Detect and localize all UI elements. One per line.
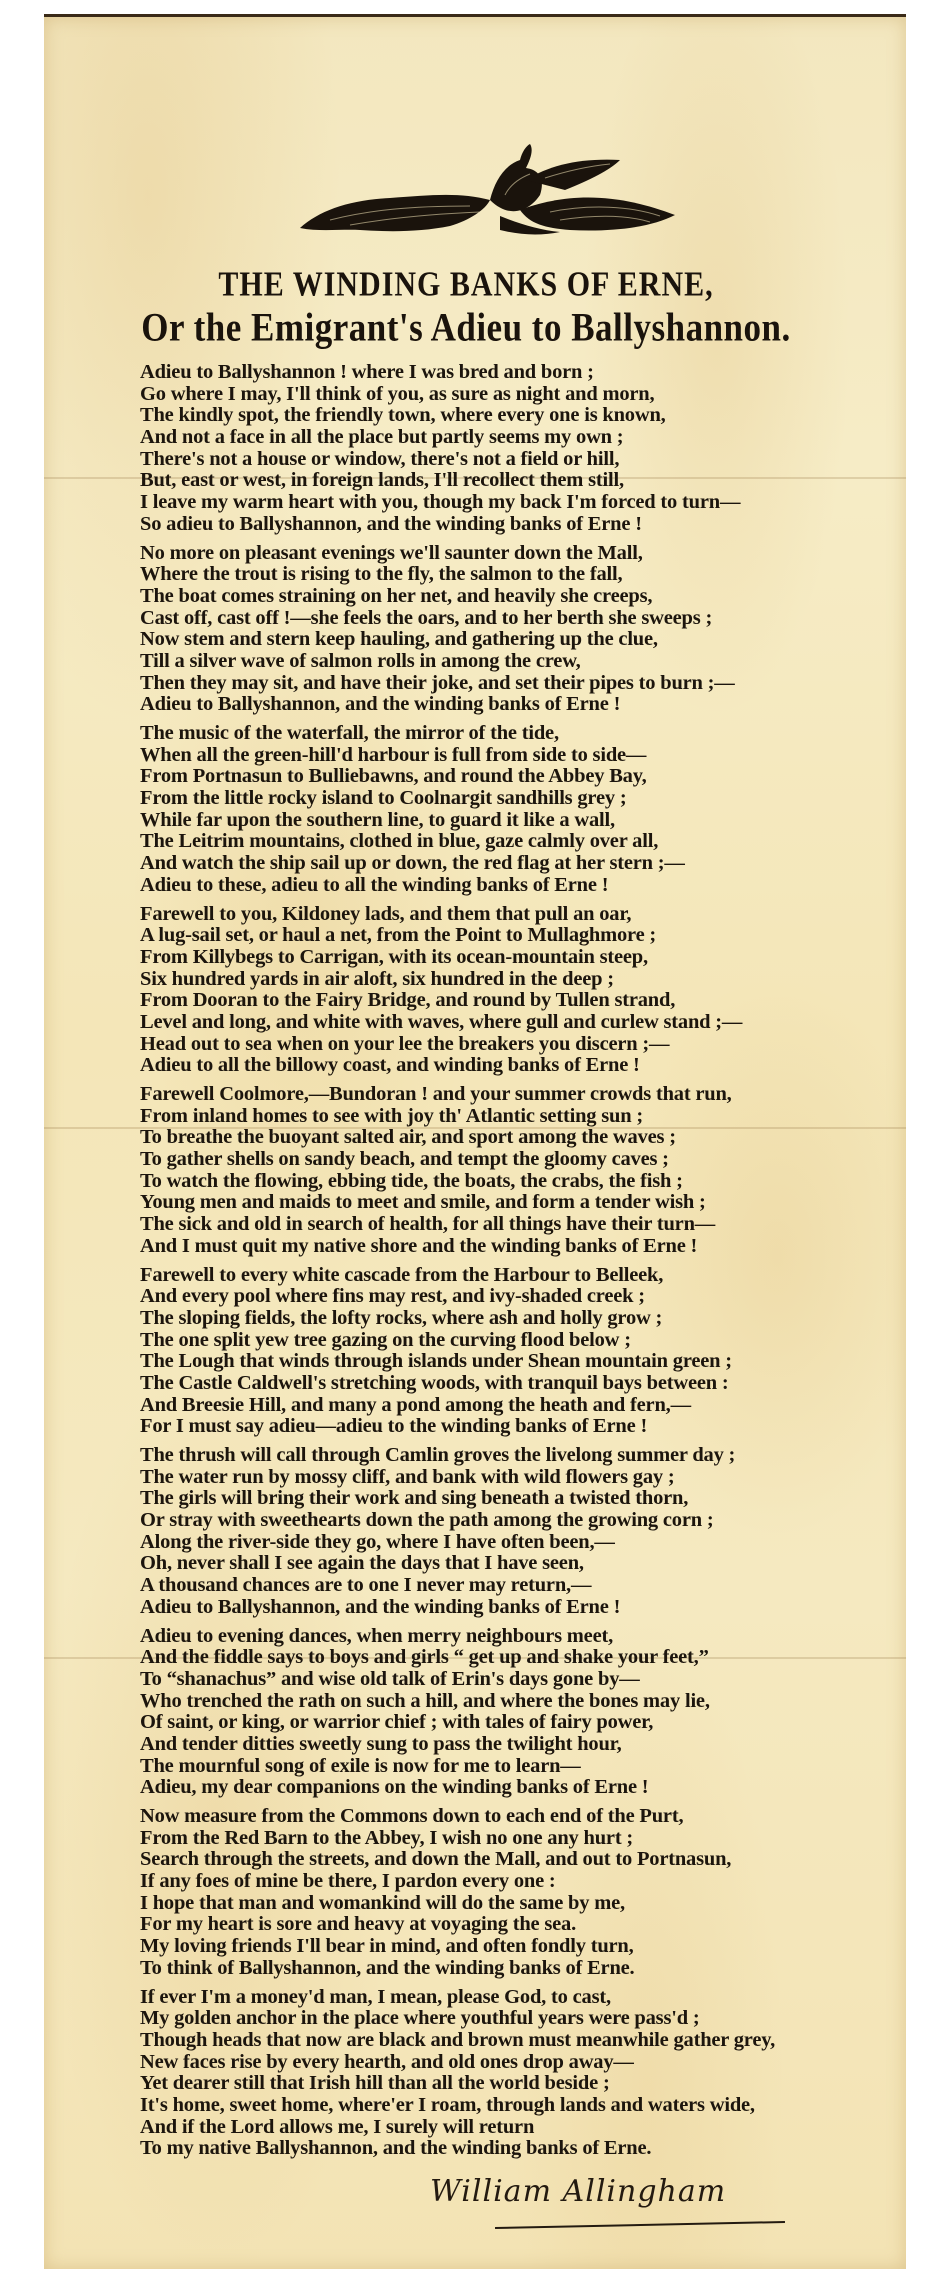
verse-line: Head out to sea when on your lee the bre… — [140, 1034, 880, 1056]
verse-line: And watch the ship sail up or down, the … — [140, 853, 880, 875]
verse-line: Adieu, my dear companions on the winding… — [140, 1777, 880, 1799]
verse-line: Till a silver wave of salmon rolls in am… — [140, 651, 880, 673]
verse-line: Adieu to these, adieu to all the winding… — [140, 875, 880, 897]
verse-line: From Killybegs to Carrigan, with its oce… — [140, 947, 880, 969]
verse-line: From the little rocky island to Coolnarg… — [140, 788, 880, 810]
verse-line: From inland homes to see with joy th' At… — [140, 1106, 880, 1128]
verse-line: Where the trout is rising to the fly, th… — [140, 564, 880, 586]
verse-line: The Leitrim mountains, clothed in blue, … — [140, 831, 880, 853]
verse-line: Adieu to evening dances, when merry neig… — [140, 1626, 880, 1648]
verse-line: From Portnasun to Bulliebawns, and round… — [140, 766, 880, 788]
verse-line: The water run by mossy cliff, and bank w… — [140, 1467, 880, 1489]
verse-line: Young men and maids to meet and smile, a… — [140, 1192, 880, 1214]
verse-line: Adieu to Ballyshannon, and the winding b… — [140, 1597, 880, 1619]
verse-line: My loving friends I'll bear in mind, and… — [140, 1936, 880, 1958]
verse-line: Then they may sit, and have their joke, … — [140, 673, 880, 695]
verse-line: I leave my warm heart with you, though m… — [140, 492, 880, 514]
verse-line: Who trenched the rath on such a hill, an… — [140, 1691, 880, 1713]
verse-line: Now measure from the Commons down to eac… — [140, 1806, 880, 1828]
broadside-title: THE WINDING BANKS OF ERNE, — [0, 265, 932, 304]
stanza: The music of the waterfall, the mirror o… — [140, 723, 880, 897]
verse-line: When all the green-hill'd harbour is ful… — [140, 745, 880, 767]
verse-line: Search through the streets, and down the… — [140, 1849, 880, 1871]
verse-line: So adieu to Ballyshannon, and the windin… — [140, 514, 880, 536]
verse-line: To my native Ballyshannon, and the windi… — [140, 2138, 880, 2160]
verse-line: Go where I may, I'll think of you, as su… — [140, 384, 880, 406]
verse-line: Of saint, or king, or warrior chief ; wi… — [140, 1712, 880, 1734]
verse-line: It's home, sweet home, where'er I roam, … — [140, 2095, 880, 2117]
verse-line: From Dooran to the Fairy Bridge, and rou… — [140, 990, 880, 1012]
verse-line: There's not a house or window, there's n… — [140, 449, 880, 471]
poem-body: Adieu to Ballyshannon ! where I was bred… — [140, 362, 880, 2167]
stanza: Now measure from the Commons down to eac… — [140, 1806, 880, 1980]
verse-line: But, east or west, in foreign lands, I'l… — [140, 470, 880, 492]
verse-line: The boat comes straining on her net, and… — [140, 586, 880, 608]
verse-line: For I must say adieu—adieu to the windin… — [140, 1416, 880, 1438]
verse-line: Adieu to Ballyshannon ! where I was bred… — [140, 362, 880, 384]
verse-line: And every pool where fins may rest, and … — [140, 1286, 880, 1308]
verse-line: To watch the flowing, ebbing tide, the b… — [140, 1171, 880, 1193]
signature-text: William Allingham — [430, 2174, 726, 2209]
verse-line: To gather shells on sandy beach, and tem… — [140, 1149, 880, 1171]
verse-line: Now stem and stern keep hauling, and gat… — [140, 629, 880, 651]
verse-line: No more on pleasant evenings we'll saunt… — [140, 543, 880, 565]
bird-woodcut-icon — [290, 140, 690, 240]
verse-line: From the Red Barn to the Abbey, I wish n… — [140, 1828, 880, 1850]
verse-line: The Castle Caldwell's stretching woods, … — [140, 1373, 880, 1395]
verse-line: Along the river-side they go, where I ha… — [140, 1532, 880, 1554]
verse-line: Or stray with sweethearts down the path … — [140, 1510, 880, 1532]
verse-line: And tender ditties sweetly sung to pass … — [140, 1734, 880, 1756]
verse-line: Though heads that now are black and brow… — [140, 2030, 880, 2052]
verse-line: The thrush will call through Camlin grov… — [140, 1445, 880, 1467]
verse-line: And Breesie Hill, and many a pond among … — [140, 1395, 880, 1417]
verse-line: My golden anchor in the place where yout… — [140, 2008, 880, 2030]
verse-line: The sick and old in search of health, fo… — [140, 1214, 880, 1236]
verse-line: Adieu to all the billowy coast, and wind… — [140, 1055, 880, 1077]
verse-line: A thousand chances are to one I never ma… — [140, 1575, 880, 1597]
verse-line: The kindly spot, the friendly town, wher… — [140, 405, 880, 427]
verse-line: For my heart is sore and heavy at voyagi… — [140, 1914, 880, 1936]
verse-line: New faces rise by every hearth, and old … — [140, 2052, 880, 2074]
verse-line: The sloping fields, the lofty rocks, whe… — [140, 1308, 880, 1330]
verse-line: The Lough that winds through islands und… — [140, 1351, 880, 1373]
stanza: Farewell to you, Kildoney lads, and them… — [140, 904, 880, 1078]
stanza: Adieu to evening dances, when merry neig… — [140, 1626, 880, 1800]
verse-line: To “shanachus” and wise old talk of Erin… — [140, 1669, 880, 1691]
verse-line: If ever I'm a money'd man, I mean, pleas… — [140, 1987, 880, 2009]
stanza: The thrush will call through Camlin grov… — [140, 1445, 880, 1619]
verse-line: The one split yew tree gazing on the cur… — [140, 1330, 880, 1352]
verse-line: Yet dearer still that Irish hill than al… — [140, 2073, 880, 2095]
broadside-subtitle: Or the Emigrant's Adieu to Ballyshannon. — [0, 305, 932, 351]
verse-line: The mournful song of exile is now for me… — [140, 1756, 880, 1778]
verse-line: And the fiddle says to boys and girls “ … — [140, 1647, 880, 1669]
verse-line: If any foes of mine be there, I pardon e… — [140, 1871, 880, 1893]
verse-line: Level and long, and white with waves, wh… — [140, 1012, 880, 1034]
verse-line: While far upon the southern line, to gua… — [140, 810, 880, 832]
verse-line: And not a face in all the place but part… — [140, 427, 880, 449]
verse-line: Farewell Coolmore,—Bundoran ! and your s… — [140, 1084, 880, 1106]
verse-line: And if the Lord allows me, I surely will… — [140, 2117, 880, 2139]
verse-line: A lug-sail set, or haul a net, from the … — [140, 925, 880, 947]
stanza: Adieu to Ballyshannon ! where I was bred… — [140, 362, 880, 536]
verse-line: Oh, never shall I see again the days tha… — [140, 1553, 880, 1575]
verse-line: To breathe the buoyant salted air, and s… — [140, 1127, 880, 1149]
signature-underline — [495, 2221, 785, 2229]
verse-line: The girls will bring their work and sing… — [140, 1488, 880, 1510]
verse-line: To think of Ballyshannon, and the windin… — [140, 1958, 880, 1980]
verse-line: I hope that man and womankind will do th… — [140, 1893, 880, 1915]
verse-line: Six hundred yards in air aloft, six hund… — [140, 969, 880, 991]
verse-line: Farewell to every white cascade from the… — [140, 1265, 880, 1287]
author-signature: William Allingham — [430, 2172, 810, 2242]
verse-line: Farewell to you, Kildoney lads, and them… — [140, 904, 880, 926]
verse-line: Adieu to Ballyshannon, and the winding b… — [140, 694, 880, 716]
verse-line: The music of the waterfall, the mirror o… — [140, 723, 880, 745]
stanza: Farewell to every white cascade from the… — [140, 1265, 880, 1439]
stanza: No more on pleasant evenings we'll saunt… — [140, 543, 880, 717]
stanza: Farewell Coolmore,—Bundoran ! and your s… — [140, 1084, 880, 1258]
stanza: If ever I'm a money'd man, I mean, pleas… — [140, 1987, 880, 2161]
verse-line: And I must quit my native shore and the … — [140, 1236, 880, 1258]
verse-line: Cast off, cast off !—she feels the oars,… — [140, 608, 880, 630]
